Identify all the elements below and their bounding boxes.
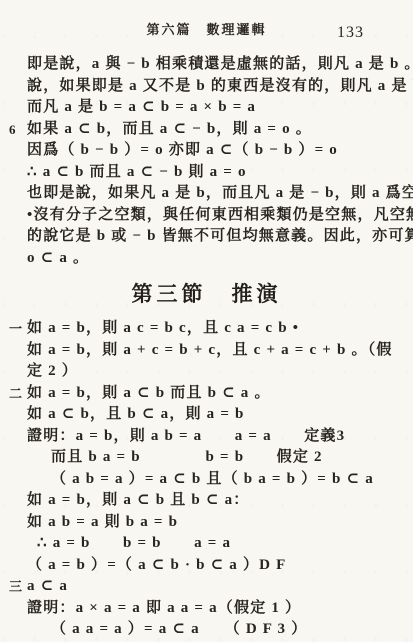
line-text: 如 a = b，則 a ⊂ b 且 b ⊂ a： [27, 492, 250, 508]
text-line: 如 a = b，則 a ⊂ b 且 b ⊂ a： [0, 490, 413, 512]
line-text: ∴ a = b b = b a = a [37, 535, 231, 551]
line-text: 如 a b = a 則 b a = b [27, 514, 178, 530]
page-number: 133 [337, 24, 364, 42]
text-line: 6如果 a ⊂ b，而且 a ⊂ − b，則 a = o 。 [0, 119, 413, 141]
line-text: 證明：a × a = a 即 a a = a（假定 1 ） [27, 600, 301, 616]
line-text: a ⊂ a [27, 578, 68, 594]
text-line: ∴ a ⊂ b 而且 a ⊂ − b 則 a = o [0, 162, 413, 184]
line-text: 如 a = b，則 a + c = b + c，且 c + a = c + b … [27, 342, 393, 358]
text-line: 一如 a = b，則 a c = b c，且 c a = c b • [0, 318, 413, 340]
text-line: 因爲（ b − b ）= o 亦即 a ⊂（ b − b ）= o [0, 140, 413, 162]
line-text: 證明：a = b，則 a b = a a = a 定義3 [27, 428, 345, 444]
line-text: （ a a = a ）= a ⊂ a （ D F 3 ） [51, 621, 307, 637]
text-line: （ a b = a ）= a ⊂ b 且（ b a = b ）= b ⊂ a [0, 469, 413, 491]
line-text: o ⊂ a 。 [27, 250, 89, 266]
paragraph-block-2: 一如 a = b，則 a c = b c，且 c a = c b •如 a = … [0, 318, 413, 641]
text-line: 而且 b a = b b = b 假定 2 [0, 447, 413, 469]
text-line: 即是說，a 與 − b 相乘積還是虛無的話，則凡 a 是 b 。或 [0, 54, 413, 76]
text-line: 的說它是 b 或 − b 皆無不可但均無意義。因此，亦可算成 [0, 226, 413, 248]
line-text: 即是說，a 與 − b 相乘積還是虛無的話，則凡 a 是 b 。或 [27, 56, 413, 72]
line-text: 因爲（ b − b ）= o 亦即 a ⊂（ b − b ）= o [27, 142, 338, 158]
section-heading: 第三節 推演 [0, 278, 413, 308]
line-text: 的說它是 b 或 − b 皆無不可但均無意義。因此，亦可算成 [27, 228, 413, 244]
line-text: 如 a = b，則 a ⊂ b 而且 b ⊂ a 。 [27, 385, 271, 401]
text-line: 如 a b = a 則 b a = b [0, 512, 413, 534]
list-marker: 三 [9, 576, 22, 598]
line-text: 而且 b a = b b = b 假定 2 [51, 449, 323, 465]
text-line: 如 a = b，則 a + c = b + c，且 c + a = c + b … [0, 340, 413, 362]
line-text: 也即是說，如果凡 a 是 b，而且凡 a 是 − b，則 a 爲空類 [27, 185, 413, 201]
text-line: 而凡 a 是 b = a ⊂ b = a × b = a [0, 97, 413, 119]
text-line: 三a ⊂ a [0, 576, 413, 598]
text-line: 證明：a = b，則 a b = a a = a 定義3 [0, 426, 413, 448]
list-marker: 一 [9, 318, 22, 340]
line-text: 如 a ⊂ b，且 b ⊂ a，則 a = b [27, 406, 245, 422]
text-line: •沒有分子之空類，與任何東西相乘類仍是空無，凡空無 [0, 205, 413, 227]
line-text: （ a b = a ）= a ⊂ b 且（ b a = b ）= b ⊂ a [51, 471, 374, 487]
text-line: （ a = b ）=（ a ⊂ b · b ⊂ a ）D F [0, 555, 413, 577]
text-line: 說，如果即是 a 又不是 b 的東西是沒有的，則凡 a 是 b 。 [0, 76, 413, 98]
line-text: ∴ a ⊂ b 而且 a ⊂ − b 則 a = o [27, 164, 247, 180]
line-text: 說，如果即是 a 又不是 b 的東西是沒有的，則凡 a 是 b 。 [27, 78, 413, 94]
book-page: 第六篇 數理邏輯 133 即是說，a 與 − b 相乘積還是虛無的話，則凡 a … [0, 0, 413, 642]
paragraph-block-1: 即是說，a 與 − b 相乘積還是虛無的話，則凡 a 是 b 。或說，如果即是 … [0, 54, 413, 269]
text-line: o ⊂ a 。 [0, 248, 413, 270]
line-text: 如果 a ⊂ b，而且 a ⊂ − b，則 a = o 。 [27, 121, 312, 137]
line-text: 而凡 a 是 b = a ⊂ b = a × b = a [27, 99, 256, 115]
list-marker: 二 [9, 383, 22, 405]
text-line: 證明：a × a = a 即 a a = a（假定 1 ） [0, 598, 413, 620]
line-text: •沒有分子之空類，與任何東西相乘類仍是空無，凡空無 [27, 207, 413, 223]
text-line: 二如 a = b，則 a ⊂ b 而且 b ⊂ a 。 [0, 383, 413, 405]
list-marker: 6 [9, 119, 16, 141]
text-line: 如 a ⊂ b，且 b ⊂ a，則 a = b [0, 404, 413, 426]
line-text: 如 a = b，則 a c = b c，且 c a = c b • [27, 320, 299, 336]
text-line: 也即是說，如果凡 a 是 b，而且凡 a 是 − b，則 a 爲空類 [0, 183, 413, 205]
text-line: ∴ a = b b = b a = a [0, 533, 413, 555]
line-text: 定 2 ） [27, 363, 78, 379]
text-line: （ a a = a ）= a ⊂ a （ D F 3 ） [0, 619, 413, 641]
text-line: 定 2 ） [0, 361, 413, 383]
line-text: （ a = b ）=（ a ⊂ b · b ⊂ a ）D F [27, 557, 287, 573]
